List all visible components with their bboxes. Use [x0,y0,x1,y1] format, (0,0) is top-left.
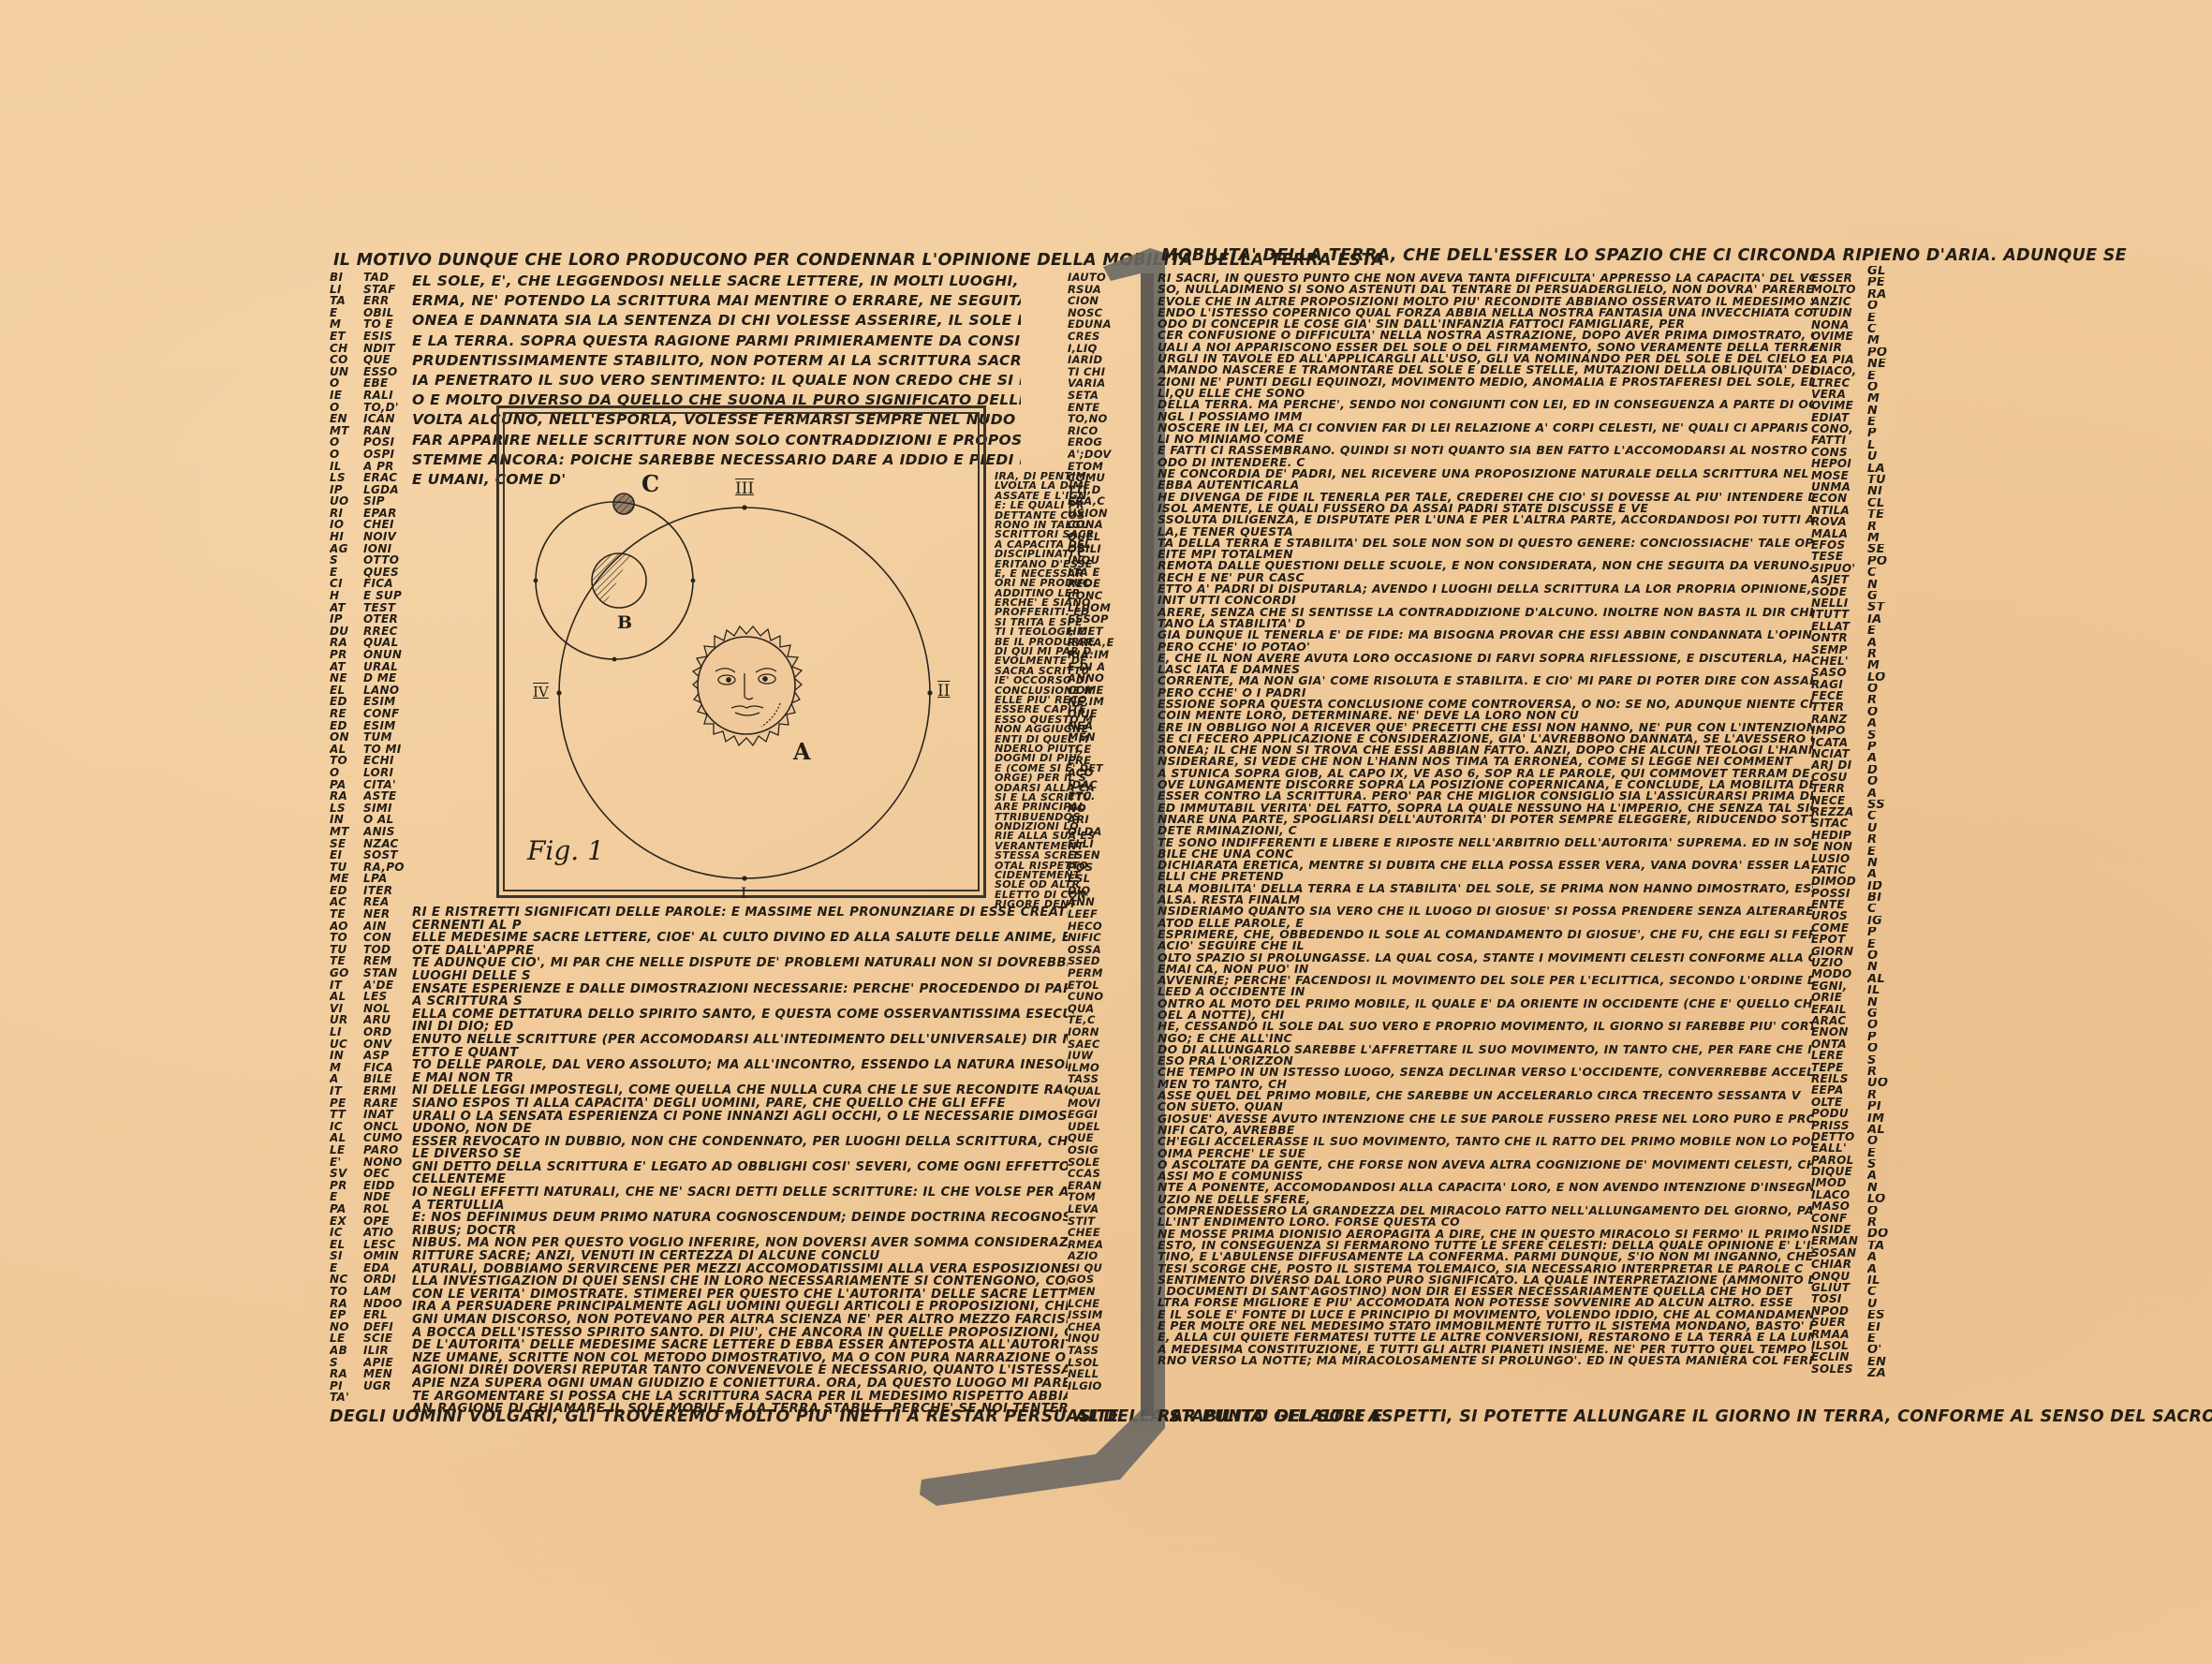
margin-text: N [1867,962,1897,973]
margin-text: P [1867,927,1897,938]
margin-text: VERA [1811,389,1864,400]
margin-text: M [1867,393,1897,405]
margin-text: LUSIO [1811,853,1864,864]
margin-text: CL [1867,498,1897,509]
text-line: DO DI ALLUNGARLO SAREBBE L'AFFRETTARE IL… [1158,1044,1813,1055]
margin-text: AL [1867,1125,1897,1136]
margin-text: CONF [1811,1213,1864,1224]
text-line: URGLI IN TAVOLE ED ALL'APPLICARGLI ALL'U… [1158,353,1813,364]
margin-text: L [1867,440,1897,451]
margin-text: E NON [1811,841,1864,852]
margin-text: IA [1867,614,1897,626]
margin-text: G [1867,1009,1897,1020]
margin-text: SS [1867,800,1897,811]
margin-text: DIQUE [1811,1166,1864,1177]
text-line: NNARE UNA PARTE, SPOGLIARSI DELL'AUTORIT… [1158,814,1813,825]
margin-text: OLTE [1811,1097,1864,1108]
margin-text: IL [1867,985,1897,996]
margin-text: O [1867,707,1897,718]
margin-text: RANZ [1811,714,1864,725]
margin-text: C [1867,811,1897,822]
margin-text: LTREC [1811,377,1864,389]
margin-text: COME [1811,922,1864,934]
margin-text: GLIUT [1811,1282,1864,1293]
margin-text: R [1867,649,1897,660]
margin-text: OVIME [1811,400,1864,411]
text-line: ESO PRA L'ORIZZON [1158,1055,1813,1067]
margin-text: P [1867,428,1897,439]
margin-text: PODU [1811,1108,1864,1119]
margin-text: E [1867,1148,1897,1159]
margin-text: SEMP [1811,644,1864,655]
margin-text: PRISS [1811,1120,1864,1131]
text-line: HE DIVENGA DE FIDE IL TENERLA PER TALE, … [1158,492,1813,503]
text-line: CHE TEMPO IN UN ISTESSO LUOGO, SENZA DEC… [1158,1067,1813,1078]
margin-text: TE [1867,509,1897,521]
margin-text: U [1867,1299,1897,1310]
text-line: ATOD ELLE PAROLE, E [1158,918,1813,929]
text-line: TE SONO INDIFFERENTI E LIBERE E RIPOSTE … [1158,837,1813,848]
margin-text: AL [1867,974,1897,985]
margin-text: HEDIP [1811,830,1864,841]
text-line: CORRENTE, MA NON GIA' COME RISOLUTA E ST… [1158,675,1813,686]
right-footer-line: RAR PUNTO GLI ALTRI ASPETTI, SI POTETTE … [1158,1407,2212,1427]
text-line: ELLI CHE PRETEND [1158,871,1813,882]
text-line: CER CONFUSIONE O DIFFICULTA' NELLA NOSTR… [1158,330,1813,341]
margin-text: UZIO [1811,957,1864,968]
text-line: EITE MPI TOTALMEN [1158,549,1813,560]
margin-text: E [1867,417,1897,428]
text-line: UZIO NE DELLE SFERE, [1158,1194,1813,1205]
text-line: SO, NULLADIMENO SI SONO ASTENUTI DAL TEN… [1158,284,1813,295]
margin-text: P [1867,1032,1897,1043]
margin-text: E [1867,939,1897,950]
text-line: COIN MENTE LORO, DETERMINARE. NE' DEVE L… [1158,710,1813,721]
text-line: A MEDESIMA CONSTITUZIONE, E TUTTI GLI AL… [1158,1344,1813,1355]
text-line: EBBA AUTENTICARLA [1158,479,1813,491]
margin-text: TOSI [1811,1293,1864,1304]
margin-text: REILS [1811,1073,1864,1084]
margin-text: EI [1867,1322,1897,1333]
text-line: LI,QU ELLE CHE SONO [1158,388,1813,399]
text-line: AVVENIRE; PERCHE' FACENDOSI IL MOVIMENTO… [1158,975,1813,986]
margin-text: SOSAN [1811,1247,1864,1259]
margin-text: ICATA [1811,737,1864,748]
margin-text: EGNI, [1811,980,1864,992]
text-line: NOSCERE IN LEI, MA CI CONVIEN FAR DI LEI… [1158,422,1813,434]
margin-text: C [1867,324,1897,335]
text-line: UALI A NOI APPARISCONO ESSER DEL SOLE O … [1158,342,1813,353]
margin-text: DIMOD [1811,876,1864,887]
margin-text: EFAIL [1811,1004,1864,1015]
text-line: CON SUETO. QUAN [1158,1101,1813,1112]
text-line: SENTIMENTO DIVERSO DAL LORO PURO SIGNIFI… [1158,1274,1813,1286]
margin-text: E [1867,371,1897,382]
margin-text: DETTO [1811,1131,1864,1142]
text-line: PERO CCHE' O I PADRI [1158,687,1813,699]
margin-text: MOSE [1811,470,1864,481]
margin-text: NTILA [1811,505,1864,516]
margin-text: NPOD [1811,1305,1864,1317]
text-line: NGO; E CHE ALL'INC [1158,1033,1813,1044]
text-line: ISOL AMENTE, LE QUALI FUSSERO DA ASSAI P… [1158,503,1813,514]
margin-text: ANZIC [1811,296,1864,307]
margin-text: D [1867,765,1897,776]
margin-text: ELLAT [1811,621,1864,632]
margin-text: SODE [1811,586,1864,597]
margin-text: NELLI [1811,597,1864,609]
margin-text: EA PIA [1811,354,1864,365]
text-line: ESSIONE SOPRA QUESTA CONCLUSIONE COME CO… [1158,699,1813,710]
margin-text: TA [1867,1241,1897,1252]
margin-text: SASO [1811,667,1864,678]
margin-text: O [1867,301,1897,312]
text-line: SSOLUTA DILIGENZA, E DISPUTATE PER L'UNA… [1158,514,1813,525]
margin-text: E [1867,313,1897,324]
text-line: REMOTA DALLE QUESTIONI DELLE SCUOLE, E N… [1158,560,1813,571]
right-body: RI SACRI, IN QUESTO PUNTO CHE NON AVEVA … [1158,272,1813,1366]
margin-text: O [1867,1020,1897,1031]
margin-text: FATIC [1811,864,1864,876]
margin-text: GIORN [1811,946,1864,957]
margin-text: R [1867,695,1897,706]
text-line: DETE RMINAZIONI, C [1158,825,1813,836]
margin-text: PO [1867,556,1897,567]
margin-text: PI [1867,1101,1897,1112]
margin-text: A [1867,638,1897,649]
margin-text: O [1867,950,1897,962]
margin-text: RAGI [1811,679,1864,690]
margin-text: EPOT [1811,934,1864,945]
margin-text: O [1867,382,1897,393]
text-line: NE MOSSE PRIMA DIONISIO AEROPAGITA A DIR… [1158,1229,1813,1240]
text-line: DELLA TERRA. MA PERCHE', SENDO NOI CONGI… [1158,399,1813,410]
margin-text: O [1867,684,1897,695]
margin-text: PE [1867,277,1897,288]
margin-text: SITAC [1811,817,1864,829]
text-line: ERE IN OBBLIGO NOI A RICEVER QUE' PRECET… [1158,722,1813,733]
margin-text: P [1867,742,1897,753]
margin-text: ES [1867,1310,1897,1321]
text-line: TINO, E L'ABULENSE DIFFUSAMENTE LA CONFE… [1158,1251,1813,1262]
margin-text: RMAA [1811,1329,1864,1340]
margin-text: ECON [1811,493,1864,504]
margin-text: UNMA [1811,481,1864,493]
margin-text: IMPO [1811,725,1864,736]
right-headline: MOBILITA' DELLA TERRA, CHE DELL'ESSER LO… [1161,246,2127,266]
margin-text: SIPUO' [1811,563,1864,574]
text-line: NGL I POSSIAMO IMM [1158,411,1813,422]
text-line: NIFI CATO, AVREBBE [1158,1125,1813,1136]
text-line: RONEA; IL CHE NON SI TROVA CHE ESSI ABBI… [1158,744,1813,756]
margin-text: A [1867,788,1897,800]
margin-text: ENON [1811,1026,1864,1038]
margin-text: A [1867,1264,1897,1275]
text-line: ESTO, IN CONSEGUENZA SI FERMARONO TUTTE … [1158,1240,1813,1251]
text-line: TA DELLA TERRA E STABILITA' DEL SOLE NON… [1158,537,1813,549]
margin-text: ORIE [1811,992,1864,1003]
margin-text: O [1867,1206,1897,1217]
margin-text: S [1867,730,1897,742]
text-line: COMPRENDESSERO LA GRANDEZZA DEL MIRACOLO… [1158,1205,1813,1216]
margin-text: NCIAT [1811,748,1864,759]
text-line: ENDO L'ISTESSO COPERNICO QUAL FORZA ABBI… [1158,307,1813,318]
text-line: DICHIARATA ERETICA, MENTRE SI DUBITA CHE… [1158,860,1813,871]
text-line: E FATTI CI RASSEMBRANO. QUINDI SI NOTI Q… [1158,445,1813,456]
margin-text: SOLES [1811,1363,1864,1375]
margin-text: PAROL [1811,1155,1864,1166]
text-line: O ASCOLTATE DA GENTE, CHE FORSE NON AVEV… [1158,1159,1813,1171]
text-line: PERO CCHE' IO POTAO' [1158,641,1813,653]
margin-text: EFOS [1811,539,1864,551]
margin-text: A [1867,869,1897,880]
margin-text: ENIR [1811,342,1864,353]
margin-text: EDIAT [1811,412,1864,423]
text-line: ODO DI CONCEPIR LE COSE GIA' SIN DALL'IN… [1158,318,1813,330]
margin-text: SE [1867,544,1897,555]
text-line: NSIDERIAMO QUANTO SIA VERO CHE IL LUOGO … [1158,906,1813,917]
margin-text: TTER [1811,701,1864,713]
margin-text: N [1867,1183,1897,1194]
margin-text: M [1867,335,1897,346]
text-line: ASSI MO E COMUNISS [1158,1171,1813,1182]
margin-text: RA [1867,289,1897,301]
right-side-column-1: ESSERMOLTOANZICTUDINNONAOVIMEENIREA PIAD… [1811,272,1864,1375]
margin-text: TEPE [1811,1062,1864,1073]
text-line: GIOSUE' AVESSE AVUTO INTENZIONE CHE LE S… [1158,1113,1813,1125]
text-line: RNO VERSO LA NOTTE; MA MIRACOLOSAMENTE S… [1158,1355,1813,1366]
margin-text: R [1867,1067,1897,1078]
margin-text: ARAC [1811,1015,1864,1026]
margin-text: NONA [1811,319,1864,331]
text-line: NTE A PONENTE, ACCOMODANDOSI ALLA CAPACI… [1158,1182,1813,1193]
margin-text: TUDIN [1811,307,1864,318]
text-line: ONTRO AL MOTO DEL PRIMO MOBILE, IL QUALE… [1158,998,1813,1009]
margin-text: COSU [1811,772,1864,783]
margin-text: TERR [1811,783,1864,794]
text-line: OVE LUNGAMENTE DISCORRE SOPRA LA POSIZIO… [1158,779,1813,790]
margin-text: LA [1867,464,1897,475]
text-line: ETTO A' PADRI DI DISPUTARLA; AVENDO I LU… [1158,583,1813,595]
text-line: EVOLE CHE IN ALTRE PROPOSIZIONI MOLTO PI… [1158,296,1813,307]
margin-text: ST [1867,602,1897,613]
margin-text: NI [1867,486,1897,497]
margin-text: IMOD [1811,1177,1864,1188]
text-line: LL'INT ENDIMENTO LORO. FORSE QUESTA CO [1158,1216,1813,1228]
margin-text: M [1867,660,1897,671]
text-line: LA,E TENER QUESTA [1158,526,1813,537]
text-line: ODO DI INTENDERE. C [1158,457,1813,468]
margin-text: IL [1867,1275,1897,1287]
text-line: LASC IATA E DAMNES [1158,664,1813,675]
margin-text: CHEL' [1811,655,1864,667]
text-line: TESI SCORGE CHE, POSTO IL SISTEMA TOLEMA… [1158,1263,1813,1274]
margin-text: UO [1867,1078,1897,1089]
margin-text: N [1867,405,1897,417]
margin-text: M [1867,533,1897,544]
text-line: AMANDO NASCERE E TRAMONTARE DEL SOLE E D… [1158,364,1813,376]
text-line: ESPRIMERE, CHE, OBBEDENDO IL SOLE AL COM… [1158,929,1813,940]
margin-text: N [1867,997,1897,1009]
margin-text: N [1867,858,1897,869]
margin-text: IM [1867,1113,1897,1125]
margin-text: ENTE [1811,899,1864,910]
text-line: NE CONCORDIA DE' PADRI, NEL RICEVERE UNA… [1158,468,1813,479]
margin-text: U [1867,823,1897,834]
text-line: MEN TO TANTO, CH [1158,1079,1813,1090]
margin-text: CONS [1811,447,1864,458]
margin-text: E [1867,626,1897,637]
text-line: LI NO MINIAMO COME [1158,434,1813,445]
margin-text: TU [1867,475,1897,486]
text-line: ED IMMUTABIL VERITA' DEL FATTO, SOPRA LA… [1158,803,1813,814]
text-line: E, ALLA CUI QUIETE FERMATESI TUTTE LE AL… [1158,1332,1813,1343]
margin-text: ONTA [1811,1038,1864,1050]
margin-text: O [1867,1043,1897,1054]
margin-text: E [1867,847,1897,858]
margin-text: NECE [1811,795,1864,806]
text-line: ALSA. RESTA FINALM [1158,894,1813,906]
text-line: OLTO SPAZIO SI PROLUNGASSE. LA QUAL COSA… [1158,952,1813,964]
margin-text: O [1867,1136,1897,1147]
margin-text: EALL' [1811,1142,1864,1154]
margin-text: HEPOI [1811,458,1864,469]
text-line: A STUNICA SOPRA GIOB, AL CAPO IX, VE ASO… [1158,768,1813,779]
margin-text: C [1867,1287,1897,1298]
margin-text: U [1867,451,1897,463]
margin-text: A [1867,1252,1897,1263]
margin-text: FECE [1811,690,1864,701]
margin-text: C [1867,567,1897,579]
margin-text: POSSI [1811,888,1864,899]
margin-text: TESE [1811,551,1864,562]
margin-text: ROVA [1811,516,1864,527]
text-line: INIT UTTI CONCORDI [1158,595,1813,606]
margin-text: DIACO, [1811,365,1864,376]
text-line: OIMA PERCHE' LE SUE [1158,1148,1813,1159]
margin-text: A [1867,718,1897,729]
margin-text: ONTR [1811,632,1864,643]
text-line: NSIDERARE, SI VEDE CHE NON L'HANN NOS TI… [1158,756,1813,767]
margin-text: EEPA [1811,1084,1864,1096]
margin-text: R [1867,1217,1897,1229]
text-line: ASSE QUEL DEL PRIMO MOBILE, CHE SAREBBE … [1158,1090,1813,1101]
margin-text: ECLIN [1811,1351,1864,1362]
margin-text: CHIAR [1811,1259,1864,1270]
margin-text: O' [1867,1345,1897,1356]
margin-text: C [1867,904,1897,915]
margin-text: ZA [1867,1368,1897,1379]
text-line: CH'EGLI ACCELERASSE IL SUO MOVIMENTO, TA… [1158,1136,1813,1147]
margin-text: MODO [1811,968,1864,979]
margin-text: MALA [1811,528,1864,539]
text-line: ACIO' SEGUIRE CHE IL [1158,940,1813,951]
text-line: ESSER CONTRO LA SCRITTURA. PERO' PAR CHE… [1158,790,1813,802]
text-line: SE CI FECERO APPLICAZIONE E CONSIDERAZIO… [1158,733,1813,744]
margin-text: R [1867,1090,1897,1101]
text-line: ZIONI NE' PUNTI DEGLI EQUINOZI, MOVIMENT… [1158,376,1813,388]
margin-text: ERMAN [1811,1235,1864,1246]
text-line: EMAI CA, NON PUO' IN [1158,964,1813,975]
text-line: HE, CESSANDO IL SOLE DAL SUO VERO E PROP… [1158,1021,1813,1032]
right-side-column-2: GLPERAOECMPONEEOMNEPLULATUNICLTERMSEPOCN… [1867,266,1897,1380]
text-line: E IL SOLE E' FONTE DI LUCE E PRINCIPIO D… [1158,1309,1813,1320]
text-line: ARERE, SENZA CHE SI SENTISSE LA CONTRADD… [1158,607,1813,618]
text-line: E PER MOLTE ORE NEL MEDESIMO STATO IMMOB… [1158,1320,1813,1332]
margin-text: ILSOL [1811,1340,1864,1351]
margin-text: LERE [1811,1050,1864,1061]
margin-text: IG [1867,916,1897,927]
text-line: I DOCUMENTI DI SANT'AGOSTINO) NON DIR EI… [1158,1286,1813,1297]
margin-text: UROS [1811,910,1864,921]
margin-text: REZZA [1811,806,1864,817]
margin-text: NE [1867,359,1897,370]
margin-text: ITUTT [1811,609,1864,620]
margin-text: CONO, [1811,423,1864,434]
text-line: TANO LA STABILITA' D [1158,618,1813,629]
margin-text: DO [1867,1229,1897,1240]
margin-text: LO [1867,1194,1897,1205]
text-line: E, CHE IL NON AVERE AVUTA LORO OCCASIONE… [1158,653,1813,664]
margin-text: ESSER [1811,272,1864,284]
margin-text: ONQU [1811,1271,1864,1282]
margin-text: GL [1867,266,1897,277]
text-line: GIA DUNQUE IL TENERLA E' DE FIDE: MA BIS… [1158,629,1813,641]
margin-text: A [1867,753,1897,764]
margin-text: G [1867,591,1897,602]
text-line: RECH E NE' PUR CASC [1158,572,1813,583]
margin-text: ASJET [1811,574,1864,585]
margin-text: BI [1867,892,1897,904]
margin-text: R [1867,834,1897,846]
margin-text: SUER [1811,1317,1864,1328]
margin-text: O [1867,776,1897,788]
margin-text: OVIME [1811,331,1864,342]
text-line: LEED A OCCIDENTE IN [1158,986,1813,997]
margin-text: EN [1867,1357,1897,1368]
margin-text: E [1867,1333,1897,1345]
margin-text: LO [1867,672,1897,684]
margin-text: MOLTO [1811,284,1864,295]
margin-text: N [1867,580,1897,591]
margin-text: ARJ DI [1811,759,1864,771]
text-line: RI SACRI, IN QUESTO PUNTO CHE NON AVEVA … [1158,272,1813,284]
margin-text: R [1867,522,1897,533]
text-line: OEL A NOTTE), CHI [1158,1009,1813,1021]
margin-text: NSIDE [1811,1224,1864,1235]
margin-text: ILACO [1811,1189,1864,1200]
margin-text: PO [1867,347,1897,359]
margin-text: S [1867,1055,1897,1067]
margin-text: ID [1867,881,1897,892]
margin-text: MASO [1811,1200,1864,1212]
text-line: BILE CHE UNA CONC [1158,848,1813,860]
text-line: LTRA FORSE MIGLIORE E PIU' ACCOMODATA NO… [1158,1297,1813,1308]
margin-text: S [1867,1159,1897,1171]
margin-text: A [1867,1171,1897,1182]
text-line: RLA MOBILITA' DELLA TERRA E LA STABILITA… [1158,883,1813,894]
margin-text: FATTI [1811,434,1864,446]
